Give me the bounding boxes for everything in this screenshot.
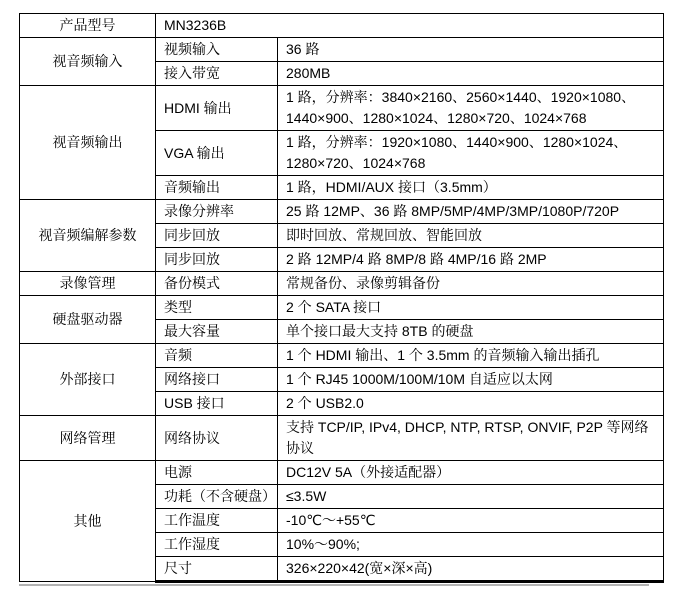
spec-group-cell: 视音频输出 (20, 86, 156, 200)
spec-value-cell: 25 路 12MP、36 路 8MP/5MP/4MP/3MP/1080P/720… (278, 200, 664, 224)
spec-group-cell: 视音频编解参数 (20, 200, 156, 272)
spec-param-cell: 类型 (156, 296, 278, 320)
spec-value-cell: 1 个 HDMI 输出、1 个 3.5mm 的音频输入输出插孔 (278, 344, 664, 368)
spec-group-cell: 外部接口 (20, 344, 156, 416)
table-row: 产品型号MN3236B (20, 14, 664, 38)
spec-group-cell: 硬盘驱动器 (20, 296, 156, 344)
spec-group-cell: 录像管理 (20, 272, 156, 296)
spec-value-cell: 2 个 USB2.0 (278, 392, 664, 416)
spec-value-cell: 单个接口最大支持 8TB 的硬盘 (278, 320, 664, 344)
spec-table-body: 产品型号MN3236B视音频输入视频输入36 路接入带宽280MB视音频输出HD… (20, 14, 664, 582)
spec-param-cell: 视频输入 (156, 38, 278, 62)
spec-value-cell: 280MB (278, 62, 664, 86)
spec-value-cell: DC12V 5A（外接适配器） (278, 461, 664, 485)
table-row: 视音频编解参数录像分辨率25 路 12MP、36 路 8MP/5MP/4MP/3… (20, 200, 664, 224)
spec-param-cell: 尺寸 (156, 557, 278, 582)
spec-table: 产品型号MN3236B视音频输入视频输入36 路接入带宽280MB视音频输出HD… (19, 13, 664, 583)
page: { "table": { "border_color": "#000000", … (0, 0, 684, 594)
spec-value-cell: ≤3.5W (278, 485, 664, 509)
spec-value-cell: 1 个 RJ45 1000M/100M/10M 自适应以太网 (278, 368, 664, 392)
table-row: 外部接口音频1 个 HDMI 输出、1 个 3.5mm 的音频输入输出插孔 (20, 344, 664, 368)
spec-value-cell: 1 路，分辨率：3840×2160、2560×1440、1920×1080、14… (278, 86, 664, 131)
spec-value-cell: 36 路 (278, 38, 664, 62)
table-bottom-shadow (19, 584, 649, 586)
spec-param-cell: 接入带宽 (156, 62, 278, 86)
table-row: 网络管理网络协议支持 TCP/IP, IPv4, DHCP, NTP, RTSP… (20, 416, 664, 461)
table-row: 视音频输入视频输入36 路 (20, 38, 664, 62)
spec-param-cell: 电源 (156, 461, 278, 485)
table-row: 硬盘驱动器类型2 个 SATA 接口 (20, 296, 664, 320)
spec-param-cell: 网络协议 (156, 416, 278, 461)
spec-value-cell: -10℃～+55℃ (278, 509, 664, 533)
spec-param-cell: 备份模式 (156, 272, 278, 296)
spec-group-cell: 网络管理 (20, 416, 156, 461)
spec-value-cell: 2 路 12MP/4 路 8MP/8 路 4MP/16 路 2MP (278, 248, 664, 272)
spec-param-cell: 工作温度 (156, 509, 278, 533)
spec-value-cell: 1 路，分辨率：1920×1080、1440×900、1280×1024、128… (278, 131, 664, 176)
spec-value-cell: 即时回放、常规回放、智能回放 (278, 224, 664, 248)
spec-param-cell: 网络接口 (156, 368, 278, 392)
spec-value-cell: 2 个 SATA 接口 (278, 296, 664, 320)
table-row: 录像管理备份模式常规备份、录像剪辑备份 (20, 272, 664, 296)
spec-group-cell: 视音频输入 (20, 38, 156, 86)
spec-param-cell: 工作湿度 (156, 533, 278, 557)
spec-param-cell: 音频 (156, 344, 278, 368)
spec-param-cell: USB 接口 (156, 392, 278, 416)
spec-value-cell: 326×220×42(宽×深×高) (278, 557, 664, 582)
spec-param-cell: 同步回放 (156, 224, 278, 248)
spec-value-cell: 支持 TCP/IP, IPv4, DHCP, NTP, RTSP, ONVIF,… (278, 416, 664, 461)
spec-group-cell: 其他 (20, 461, 156, 582)
spec-value-cell: MN3236B (156, 14, 664, 38)
spec-group-cell: 产品型号 (20, 14, 156, 38)
spec-param-cell: 同步回放 (156, 248, 278, 272)
spec-param-cell: 功耗（不含硬盘） (156, 485, 278, 509)
spec-param-cell: 音频输出 (156, 176, 278, 200)
spec-param-cell: VGA 输出 (156, 131, 278, 176)
spec-value-cell: 10%～90%; (278, 533, 664, 557)
spec-value-cell: 常规备份、录像剪辑备份 (278, 272, 664, 296)
table-row: 其他电源DC12V 5A（外接适配器） (20, 461, 664, 485)
table-row: 视音频输出HDMI 输出1 路，分辨率：3840×2160、2560×1440、… (20, 86, 664, 131)
spec-param-cell: 录像分辨率 (156, 200, 278, 224)
spec-param-cell: 最大容量 (156, 320, 278, 344)
spec-value-cell: 1 路，HDMI/AUX 接口（3.5mm） (278, 176, 664, 200)
spec-param-cell: HDMI 输出 (156, 86, 278, 131)
